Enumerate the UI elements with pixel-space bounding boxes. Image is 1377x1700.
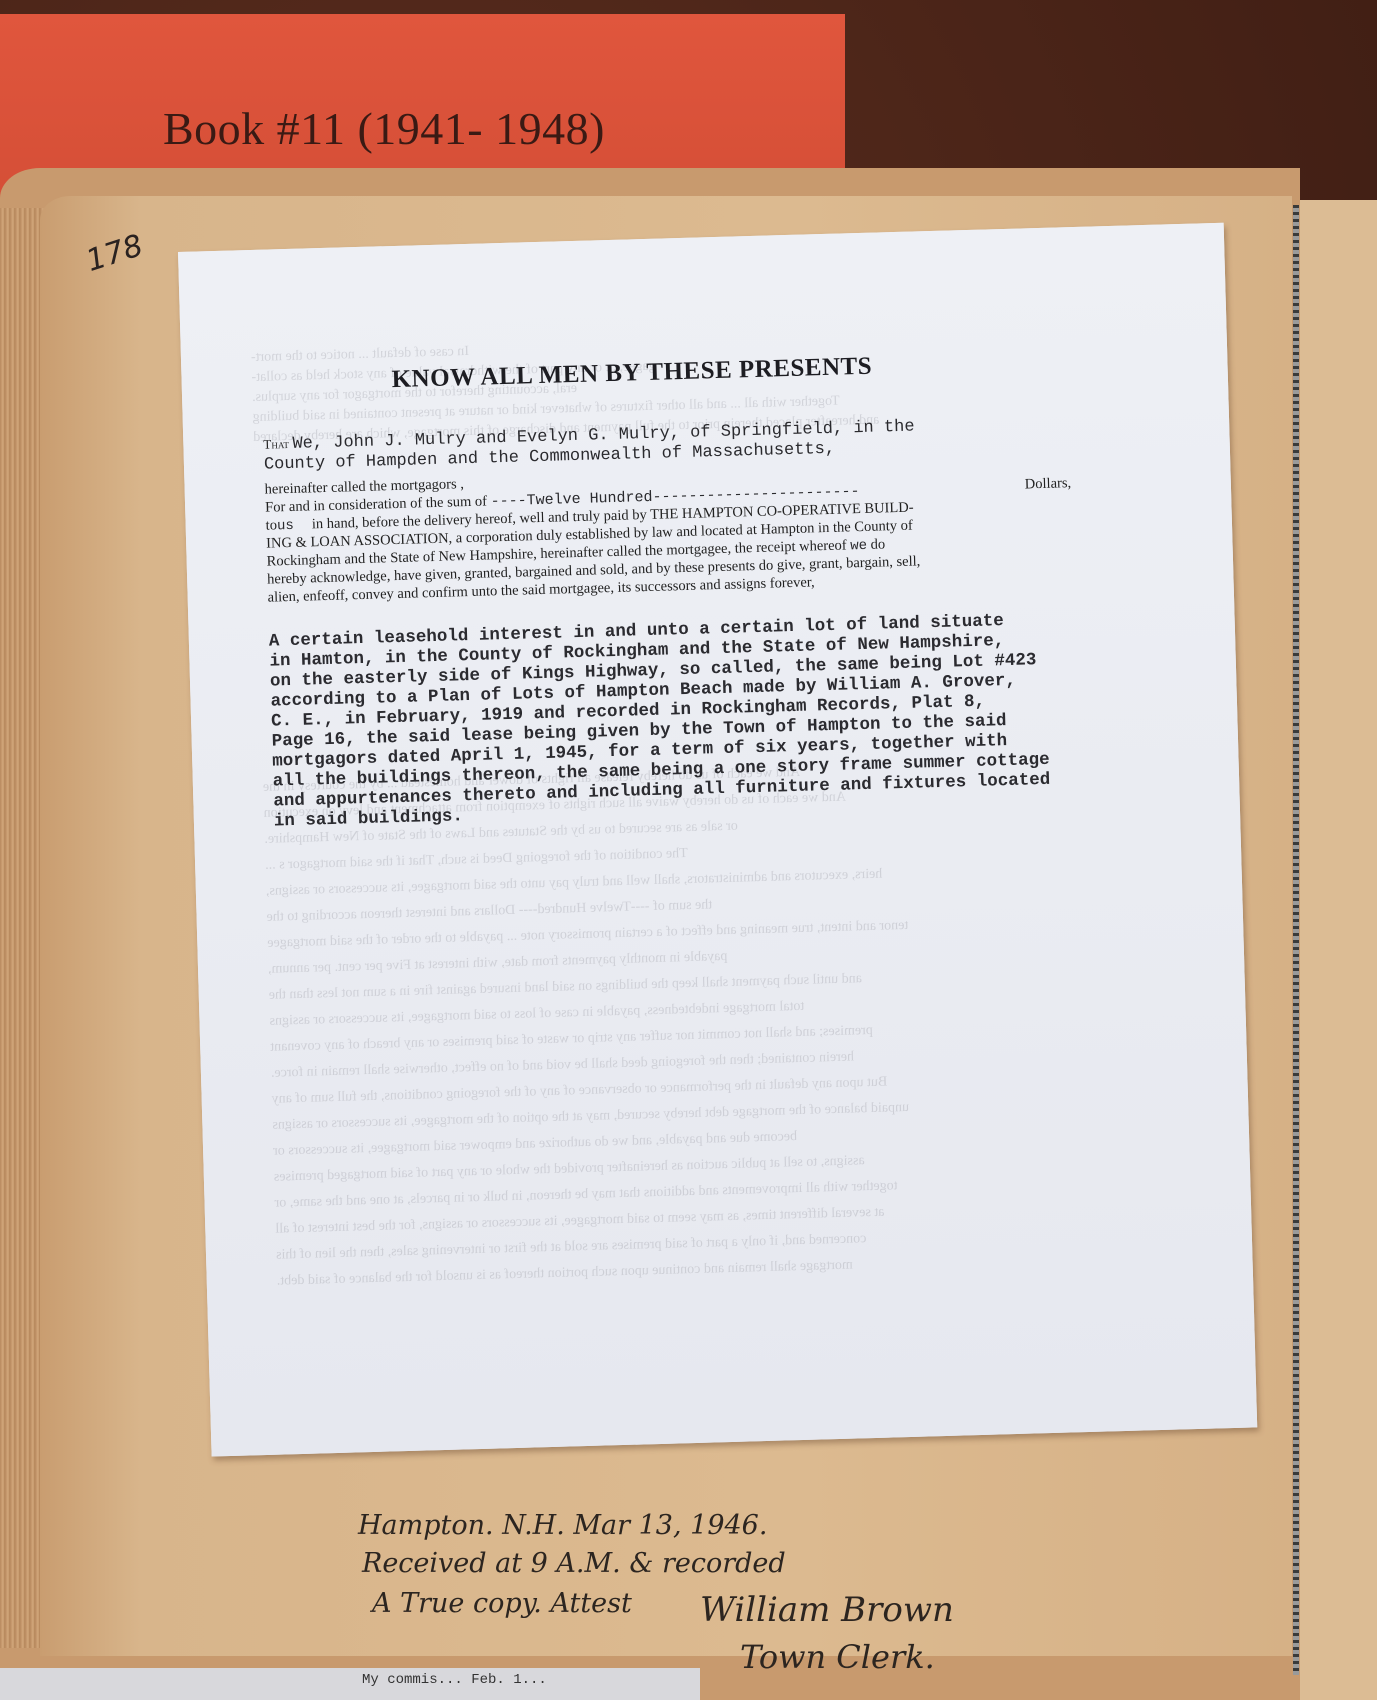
facing-page [1300, 200, 1377, 1700]
show-through-line: become due and payable, and we do author… [273, 1129, 797, 1160]
show-through-line: The condition of the foregoing Deed is s… [265, 846, 688, 874]
that-label: That [263, 436, 289, 452]
show-through-line: heirs, executors and administrators, sha… [266, 867, 883, 900]
to-label: to [265, 517, 277, 533]
we-fill: we [850, 538, 867, 554]
property-description: A certain leasehold interest in and unto… [269, 607, 1154, 831]
show-through-line: mortgage shall remain and continue upon … [277, 1258, 853, 1290]
recording-note-line-1: Hampton. N.H. Mar 13, 1946. [358, 1510, 767, 1541]
underlying-sheet [0, 1668, 700, 1700]
recording-note-line-3: A True copy. Attest [372, 1588, 632, 1619]
show-through-line: payable in monthly payments from date, w… [268, 949, 728, 978]
recording-note-line-2: Received at 9 A.M. & recorded [362, 1548, 786, 1579]
show-through-line: In case of default ... notice to the mor… [251, 344, 469, 366]
show-through-line: total mortgage indebtedness, payable in … [269, 999, 804, 1030]
clerk-title: Town Clerk. [740, 1638, 935, 1676]
deed-document: In case of default ... notice to the mor… [178, 223, 1257, 1457]
underlying-sheet-text: My commis... Feb. 1... [362, 1672, 547, 1688]
show-through-line: the sum of ----Twelve Hundred---- Dollar… [266, 897, 712, 925]
clerk-signature: William Brown [700, 1590, 954, 1630]
to-fill: us [277, 518, 294, 534]
do-label: do [870, 536, 885, 552]
dollars-label: Dollars, [1025, 475, 1072, 493]
binding-stitch [1293, 205, 1299, 1675]
cover-title: Book #11 (1941- 1948) [163, 102, 605, 155]
